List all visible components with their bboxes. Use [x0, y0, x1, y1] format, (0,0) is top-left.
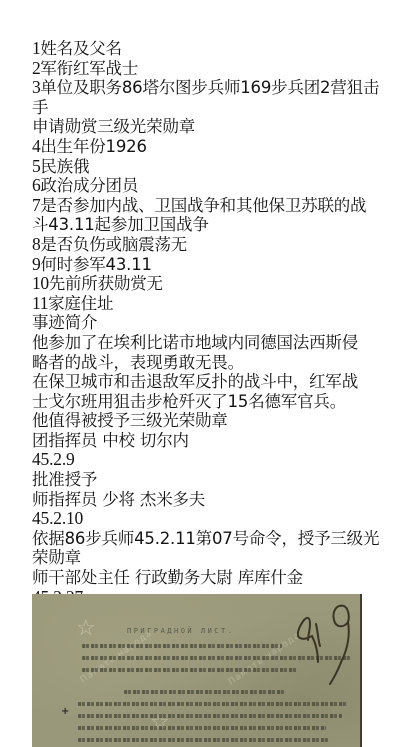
summary-line: 士戈尔班用狙击步枪歼灭了15名德军官兵。 [32, 392, 368, 412]
typed-line [78, 702, 346, 706]
typed-line [78, 714, 342, 718]
margin-mark: + [61, 706, 69, 717]
order-reference-cont: 荣勋章 [32, 548, 368, 568]
typed-line [82, 668, 297, 672]
personnel-chief-signature: 师干部处主任 行政勤务大尉 库库什金 [32, 568, 368, 588]
division-commander-date: 45.2.10 [32, 509, 368, 529]
star-watermark-icon: ☆ [76, 618, 96, 640]
award-request: 申请勋赏三级光荣勋章 [32, 117, 368, 137]
field-party: 6政治成分团员 [32, 176, 368, 196]
section-heading-summary: 事迹简介 [32, 313, 368, 333]
summary-line: 略者的战斗，表现勇敢无畏。 [32, 353, 368, 373]
field-home-address: 11家庭住址 [32, 294, 368, 314]
field-enlistment: 9何时参军43.11 [32, 255, 368, 275]
award-record-text: 1姓名及父名 2军衔红军战士 3单位及职务86塔尔图步兵师169步兵团2营狙击 … [32, 39, 368, 607]
regiment-commander-date: 45.2.9 [32, 450, 368, 470]
field-rank: 2军衔红军战士 [32, 59, 368, 79]
typed-line [78, 726, 326, 730]
field-nationality: 5民族俄 [32, 157, 368, 177]
field-war-participation: 7是否参加内战、卫国战争和其他保卫苏联的战 [32, 196, 368, 216]
field-war-participation-cont: 斗43.11起参加卫国战争 [32, 215, 368, 235]
division-commander-signature: 师指挥员 少将 杰米多夫 [32, 490, 368, 510]
summary-line: 在保卫城市和击退敌军反扑的战斗中，红军战 [32, 372, 368, 392]
approval-text: 批准授予 [32, 470, 368, 490]
summary-line: 他参加了在埃利比诺市地域内同德国法西斯侵 [32, 333, 368, 353]
scan-title: ПРИГРАДНОЙ ЛИСТ. [127, 627, 234, 635]
scanned-award-sheet-image: ☆ ☆ Память народа Память народа ПРИГРАДН… [32, 594, 362, 747]
order-reference: 依据86步兵师45.2.11第07号命令，授予三级光 [32, 529, 368, 549]
handwritten-number-49 [290, 598, 360, 688]
typed-line [78, 738, 328, 742]
summary-conclusion: 他值得被授予三级光荣勋章 [32, 411, 368, 431]
field-unit-position: 3单位及职务86塔尔图步兵师169步兵团2营狙击 [32, 78, 368, 98]
field-name: 1姓名及父名 [32, 39, 368, 59]
typed-line [124, 690, 284, 694]
field-previous-awards: 10先前所获勋赏无 [32, 274, 368, 294]
field-unit-position-cont: 手 [32, 98, 368, 118]
field-wounds: 8是否负伤或脑震荡无 [32, 235, 368, 255]
typed-line [82, 644, 282, 648]
field-birth-year: 4出生年份1926 [32, 137, 368, 157]
regiment-commander-signature: 团指挥员 中校 切尔内 [32, 431, 368, 451]
